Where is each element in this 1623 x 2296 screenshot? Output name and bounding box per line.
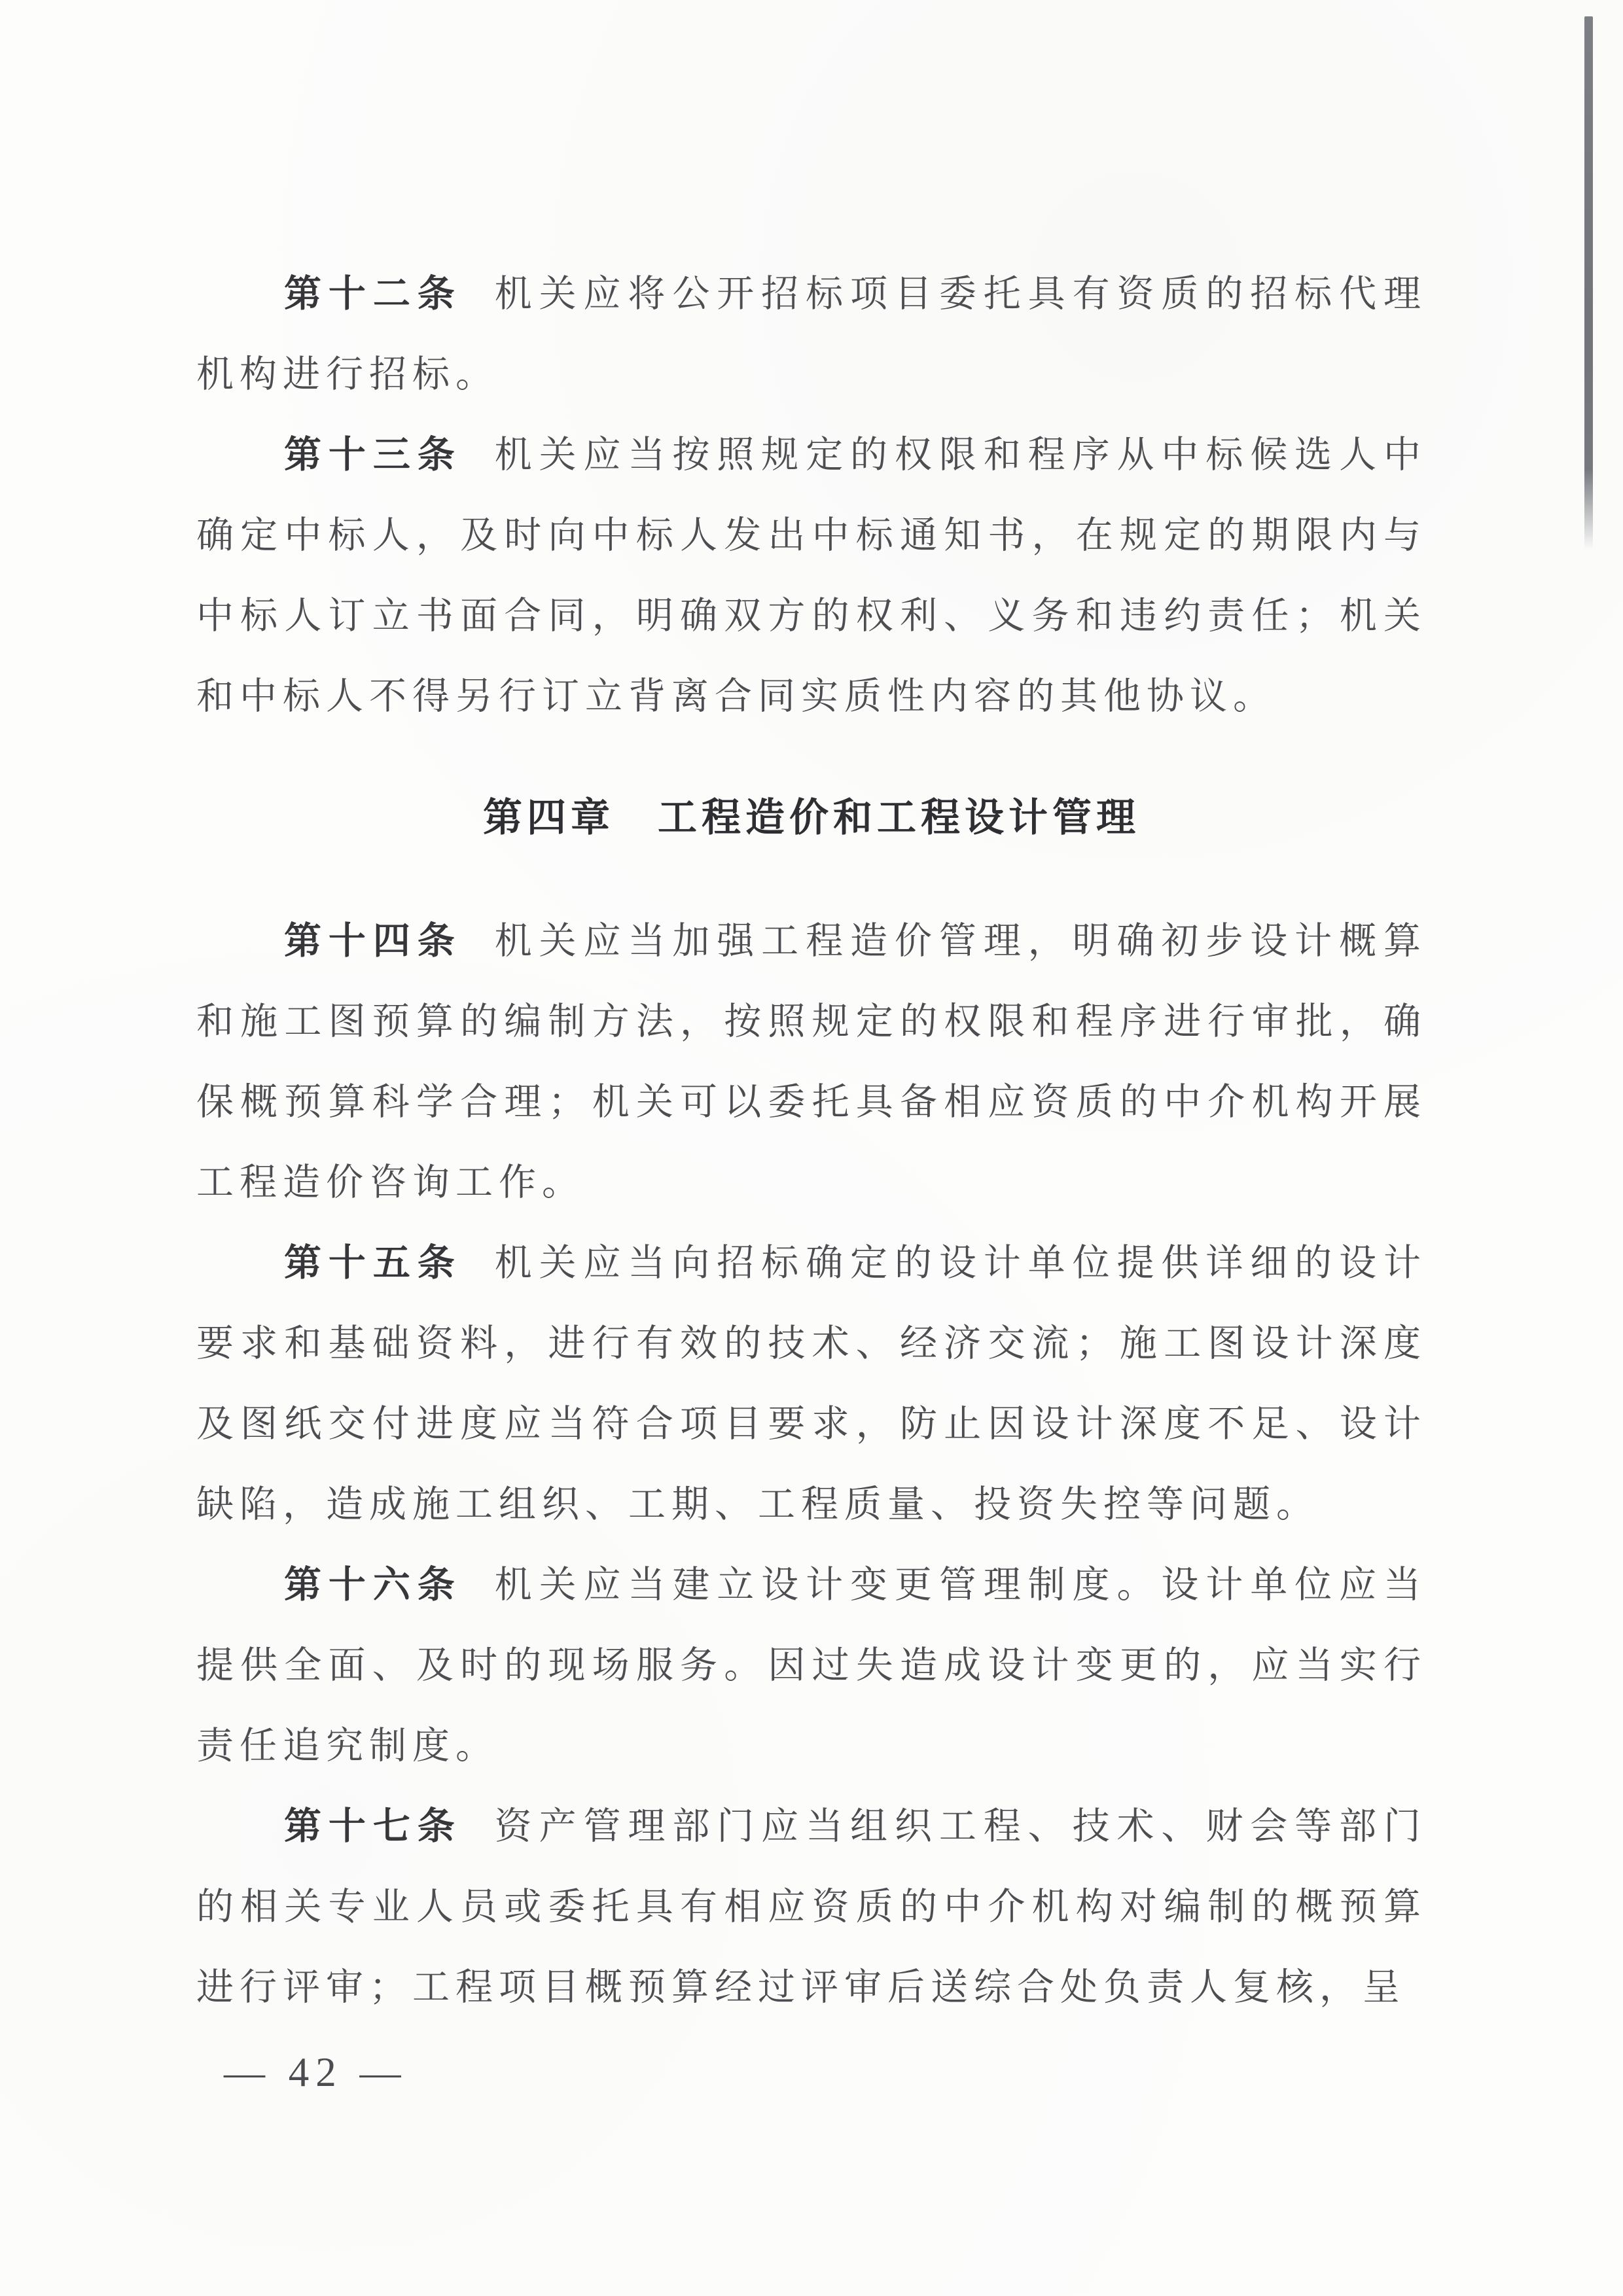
article-16: 第十六条机关应当建立设计变更管理制度。设计单位应当提供全面、及时的现场服务。因过…	[196, 1545, 1427, 1786]
article-15: 第十五条机关应当向招标确定的设计单位提供详细的设计要求和基础资料，进行有效的技术…	[196, 1223, 1427, 1545]
article-15-label: 第十五条	[284, 1242, 462, 1284]
article-13-label: 第十三条	[284, 434, 462, 476]
document-page: 第十二条机关应将公开招标项目委托具有资质的招标代理机构进行招标。 第十三条机关应…	[0, 0, 1623, 2296]
document-body: 第十二条机关应将公开招标项目委托具有资质的招标代理机构进行招标。 第十三条机关应…	[196, 254, 1427, 2028]
page-number: — 42 —	[224, 2049, 408, 2095]
article-14-label: 第十四条	[284, 920, 462, 962]
chapter-number: 第四章	[483, 796, 615, 839]
article-12: 第十二条机关应将公开招标项目委托具有资质的招标代理机构进行招标。	[196, 254, 1427, 415]
article-17-label: 第十七条	[284, 1805, 462, 1847]
article-17: 第十七条资产管理部门应当组织工程、技术、财会等部门的相关专业人员或委托具有相应资…	[196, 1786, 1427, 2028]
article-14-text: 机关应当加强工程造价管理，明确初步设计概算和施工图预算的编制方法，按照规定的权限…	[196, 921, 1427, 1203]
article-13-text: 机关应当按照规定的权限和程序从中标候选人中确定中标人，及时向中标人发出中标通知书…	[196, 434, 1427, 717]
article-15-text: 机关应当向招标确定的设计单位提供详细的设计要求和基础资料，进行有效的技术、经济交…	[196, 1243, 1427, 1525]
article-14: 第十四条机关应当加强工程造价管理，明确初步设计概算和施工图预算的编制方法，按照规…	[196, 901, 1427, 1223]
scan-artifact-bar	[1584, 16, 1593, 550]
article-16-label: 第十六条	[284, 1564, 462, 1606]
article-12-label: 第十二条	[284, 273, 462, 315]
article-13: 第十三条机关应当按照规定的权限和程序从中标候选人中确定中标人，及时向中标人发出中…	[196, 415, 1427, 737]
chapter-heading: 第四章工程造价和工程设计管理	[196, 777, 1427, 858]
chapter-title: 工程造价和工程设计管理	[658, 796, 1140, 839]
